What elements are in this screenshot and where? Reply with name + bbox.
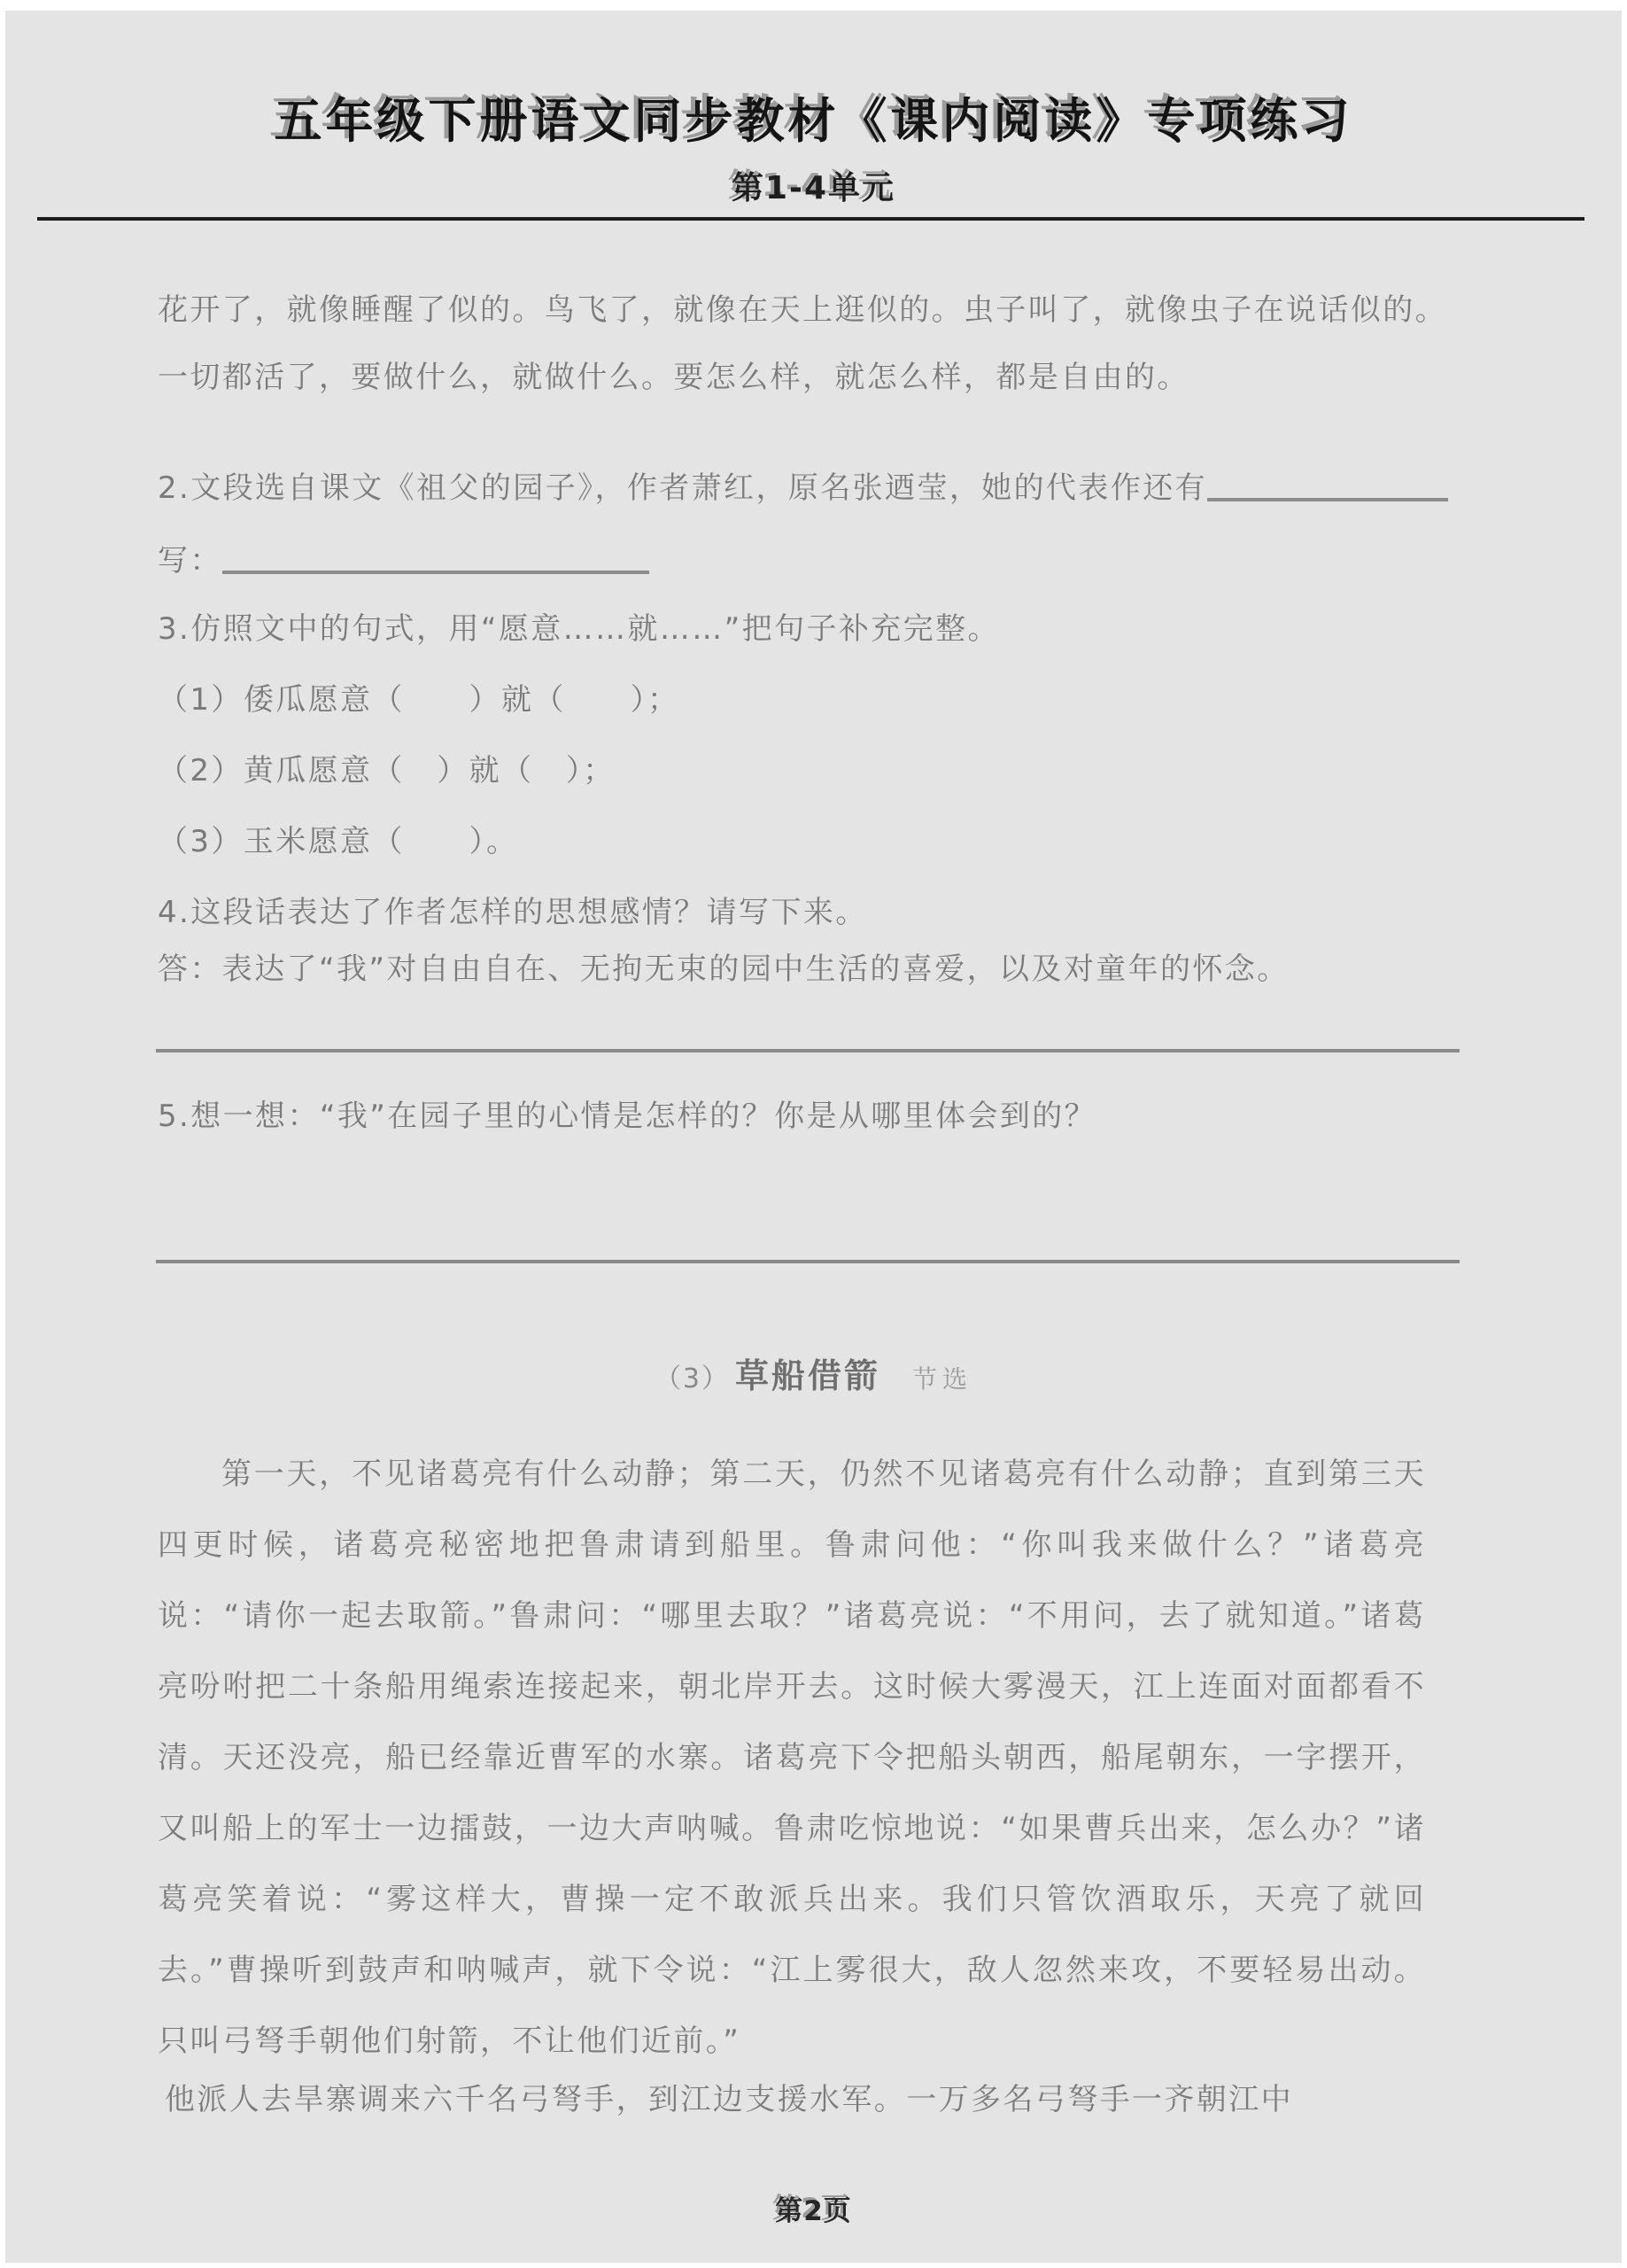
paper-sheet: 五年级下册语文同步教材《课内阅读》专项练习 第1-4单元 花开了，就像睡醒了似的…: [5, 11, 1622, 2263]
question-3: 3.仿照文中的句式，用“愿意……就……”把句子补充完整。: [158, 611, 1461, 647]
answer-line: [156, 1260, 1460, 1263]
question-3-item-1: （1）倭瓜愿意（ ）就（ ）；: [158, 682, 1461, 718]
passage-continuation: 他派人去旱寨调来六千名弓弩手，到江边支援水军。一万多名弓弩手一齐朝江中: [165, 2080, 1458, 2119]
question-2: 2.文段选自课文《祖父的园子》，作者萧红，原名张迺莹，她的代表作还有: [158, 468, 1461, 506]
worksheet-page: { "meta": { "page_background": "#e4e4e4"…: [0, 0, 1627, 2268]
question-2-continuation: 写：: [158, 540, 1461, 579]
question-2-cont-label: 写：: [158, 543, 222, 579]
page-number: 第2页: [5, 2188, 1622, 2228]
header-divider: [37, 217, 1584, 221]
question-4: 4.这段话表达了作者怎样的思想感情？请写下来。: [158, 895, 1461, 930]
section-number: （3）: [655, 1363, 730, 1394]
question-4-answer: 答：表达了“我”对自由自在、无拘无束的园中生活的喜爱，以及对童年的怀念。: [158, 951, 1461, 987]
answer-line: [156, 1049, 1460, 1052]
section-heading: （3）草船借箭节选: [5, 1348, 1622, 1397]
answer-blank: [222, 544, 649, 574]
answer-blank: [1207, 471, 1448, 501]
page-subtitle: 第1-4单元: [5, 163, 1622, 208]
question-3-item-3: （3）玉米愿意（ ）。: [158, 824, 1461, 859]
section-subtitle: 节选: [912, 1364, 972, 1394]
question-3-item-2: （2）黄瓜愿意（ ）就（ ）；: [158, 753, 1461, 788]
question-5: 5.想一想：“我”在园子里的心情是怎样的？你是从哪里体会到的？: [158, 1099, 1461, 1134]
question-2-text: 2.文段选自课文《祖父的园子》，作者萧红，原名张迺莹，她的代表作还有: [158, 470, 1207, 506]
passage-body: 第一天，不见诸葛亮有什么动静；第二天，仍然不见诸葛亮有什么动静；直到第三天四更时…: [158, 1439, 1426, 2077]
section-title: 草船借箭: [735, 1356, 880, 1395]
page-title: 五年级下册语文同步教材《课内阅读》专项练习: [5, 83, 1622, 151]
passage-tail: 花开了，就像睡醒了似的。鸟飞了，就像在天上逛似的。虫子叫了，就像虫子在说话似的。…: [158, 276, 1461, 411]
